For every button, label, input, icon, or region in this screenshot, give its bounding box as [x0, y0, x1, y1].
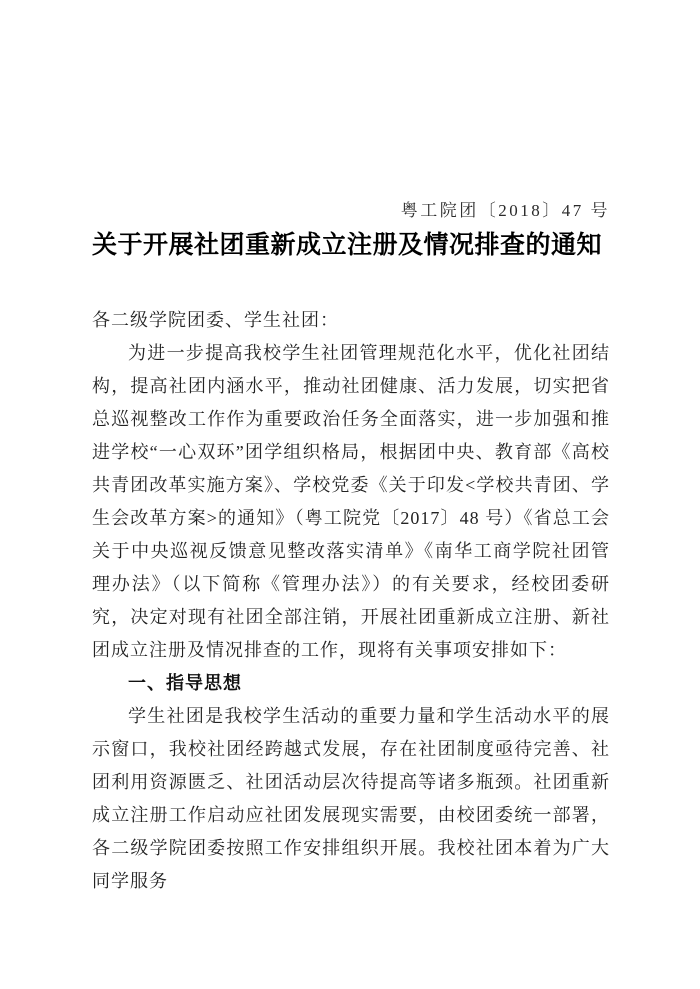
document-reference-number: 粤工院团〔2018〕47 号	[92, 200, 610, 222]
document-body: 各二级学院团委、学生社团： 为进一步提高我校学生社团管理规范化水平，优化社团结构…	[92, 304, 610, 898]
section-1-paragraph: 学生社团是我校学生活动的重要力量和学生活动水平的展示窗口，我校社团经跨越式发展，…	[92, 700, 610, 898]
document-content: 粤工院团〔2018〕47 号 关于开展社团重新成立注册及情况排查的通知 各二级学…	[92, 200, 610, 898]
document-title: 关于开展社团重新成立注册及情况排查的通知	[92, 228, 610, 262]
salutation-line: 各二级学院团委、学生社团：	[92, 304, 610, 337]
section-1-heading: 一、指导思想	[92, 667, 610, 700]
document-page: 粤工院团〔2018〕47 号 关于开展社团重新成立注册及情况排查的通知 各二级学…	[0, 0, 700, 989]
intro-paragraph: 为进一步提高我校学生社团管理规范化水平，优化社团结构，提高社团内涵水平，推动社团…	[92, 337, 610, 667]
